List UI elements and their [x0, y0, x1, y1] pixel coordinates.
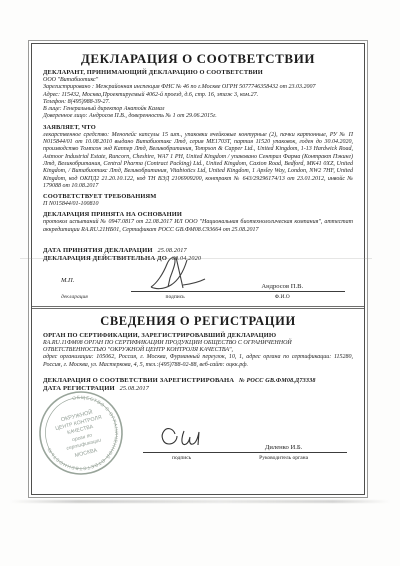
declarant-address-line: Адрес: 115432, Москва,Проектируемый 4062… — [43, 92, 353, 99]
declarant-heading: ДЕКЛАРАНТ, ПРИНИМАЮЩИЙ ДЕКЛАРАЦИЮ О СООТ… — [43, 69, 353, 77]
stamp-center-line: МОСКВА — [74, 447, 98, 458]
signature-line — [143, 452, 220, 453]
signature-caption: подпись — [143, 455, 220, 461]
round-stamp: ОБЩЕСТВО С ОГРАНИЧЕННОЙ ОТВЕТСТВЕННОСТЬЮ… — [37, 389, 125, 477]
authority-name-line: RA.RU.11ФМ08 ОРГАН ПО СЕРТИФИКАЦИИ ПРОДУ… — [43, 340, 353, 355]
requirements-number: П N015844/01-100810 — [43, 201, 353, 208]
validity-date-row: ДЕКЛАРАЦИЯ ДЕЙСТВИТЕЛЬНА ДО 30.04.2020 — [43, 255, 353, 263]
head-name: Диленко И.Б. — [220, 444, 347, 454]
stamp-place-label: М.П. — [61, 277, 125, 284]
authority-address-line: адрес организации: 105062, Россия, г. Мо… — [43, 354, 353, 369]
registered-number: № РОСС GB.ФМ08.Д73338 — [239, 377, 316, 384]
svg-text:ОБЩЕСТВО С ОГРАНИЧЕННОЙ ОТВЕТС: ОБЩЕСТВО С ОГРАНИЧЕННОЙ ОТВЕТСТВЕННОСТЬЮ — [37, 389, 125, 477]
declarant-proxy-line: Доверенное лицо: Андросов П.В., доверенн… — [43, 113, 353, 120]
scan-artifact — [10, 500, 390, 503]
head-signature-scribble — [157, 425, 213, 453]
registered-number-row: ДЕКЛАРАЦИЯ О СООТВЕТСТВИИ ЗАРЕГИСТРИРОВА… — [43, 377, 353, 385]
registered-label: ДЕКЛАРАЦИЯ О СООТВЕТСТВИИ ЗАРЕГИСТРИРОВА… — [43, 377, 234, 384]
adoption-date-label: ДАТА ПРИНЯТИЯ ДЕКЛАРАЦИИ — [43, 247, 153, 254]
adoption-date-value: 25.08.2017 — [157, 247, 186, 254]
stamp-place-block: М.П. декларация — [61, 268, 125, 300]
declarant-name: Андросов П.В. — [220, 283, 345, 293]
document-inner-border: ДЕКЛАРАЦИЯ О СООТВЕТСТВИИ ДЕКЛАРАНТ, ПРИ… — [31, 43, 365, 495]
declaration-title: ДЕКЛАРАЦИЯ О СООТВЕТСТВИИ — [43, 51, 353, 66]
signature-caption: подпись — [131, 294, 220, 300]
authority-signature-row: ОБЩЕСТВО С ОГРАНИЧЕННОЙ ОТВЕТСТВЕННОСТЬЮ… — [43, 405, 353, 461]
scan-artifact — [20, 258, 372, 259]
stamp-place-sublabel: декларация — [61, 294, 125, 300]
head-title: Руководитель органа — [220, 455, 347, 461]
declarant-registration-line: Зарегистрировано : Межрайонная инспекция… — [43, 84, 353, 91]
head-name-block: Диленко И.Б. Руководитель органа — [220, 444, 347, 461]
registration-section: СВЕДЕНИЯ О РЕГИСТРАЦИИ ОРГАН ПО СЕРТИФИК… — [32, 306, 364, 461]
registration-title: СВЕДЕНИЯ О РЕГИСТРАЦИИ — [43, 314, 353, 329]
head-signature-block: подпись — [143, 452, 220, 461]
complies-heading: СООТВЕТСТВУЕТ ТРЕБОВАНИЯМ — [43, 193, 353, 201]
signature-line — [131, 291, 220, 292]
declarant-signature-block: подпись — [131, 291, 220, 300]
product-description: лекарственное средство: Менопейс капсулы… — [43, 132, 353, 190]
declarant-name-block: Андросов П.В. Ф.И.О — [220, 283, 345, 300]
authority-heading: ОРГАН ПО СЕРТИФИКАЦИИ, ЗАРЕГИСТРИРОВАВШИ… — [43, 332, 353, 340]
declares-heading: ЗАЯВЛЯЕТ, ЧТО — [43, 124, 353, 132]
declarant-signature-row: М.П. декларация подпись Андросов П.В. Ф.… — [43, 268, 353, 300]
basis-text: протокол испытаний № 0947.0817 от 22.08.… — [43, 219, 353, 234]
fio-caption: Ф.И.О — [220, 294, 345, 300]
document-border: ДЕКЛАРАЦИЯ О СООТВЕТСТВИИ ДЕКЛАРАНТ, ПРИ… — [28, 40, 368, 498]
stamp-ring-text: ОБЩЕСТВО С ОГРАНИЧЕННОЙ ОТВЕТСТВЕННОСТЬЮ — [37, 389, 125, 477]
